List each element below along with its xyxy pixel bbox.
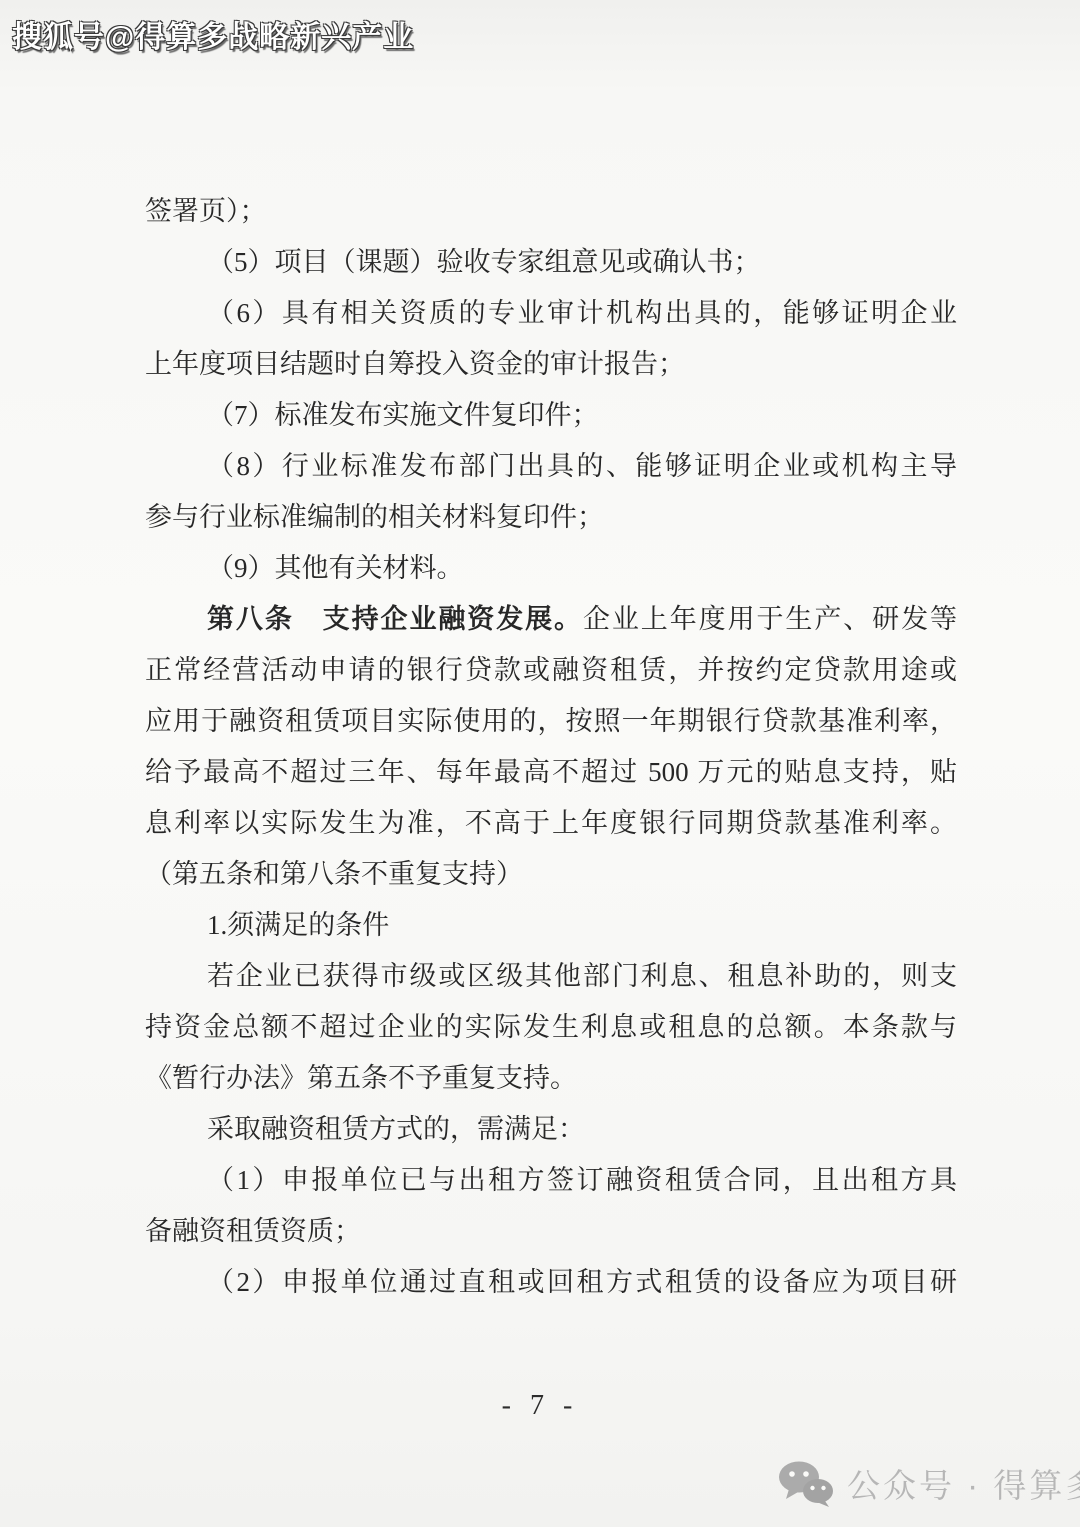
doc-line: （5）项目（课题）验收专家组意见或确认书；	[145, 237, 957, 288]
document-body: 签署页）； （5）项目（课题）验收专家组意见或确认书； （6）具有相关资质的专业…	[145, 186, 957, 1308]
doc-line: （7）标准发布实施文件复印件；	[145, 390, 957, 441]
doc-line: （6）具有相关资质的专业审计机构出具的，能够证明企业	[145, 288, 957, 339]
wechat-watermark: 公众号 · 得算多	[778, 1460, 1080, 1507]
document-page: { "page": { "number_label": "- 7 -" }, "…	[0, 0, 1080, 1527]
doc-line: 1.须满足的条件	[145, 900, 957, 951]
doc-line: 上年度项目结题时自筹投入资金的审计报告；	[145, 339, 957, 390]
doc-line: （8）行业标准发布部门出具的、能够证明企业或机构主导	[145, 441, 957, 492]
doc-line: 若企业已获得市级或区级其他部门利息、租息补助的，则支	[145, 951, 957, 1002]
doc-line: （第五条和第八条不重复支持）	[145, 849, 957, 900]
doc-line: 正常经营活动申请的银行贷款或融资租赁，并按约定贷款用途或	[145, 645, 957, 696]
doc-line: 应用于融资租赁项目实际使用的，按照一年期银行贷款基准利率，	[145, 696, 957, 747]
article-8-title: 第八条 支持企业融资发展。	[207, 604, 583, 634]
wechat-watermark-text: 公众号 · 得算多	[847, 1460, 1080, 1507]
doc-line: （2）申报单位通过直租或回租方式租赁的设备应为项目研	[145, 1257, 957, 1308]
doc-line: （9）其他有关材料。	[145, 543, 957, 594]
doc-line: 《暂行办法》第五条不予重复支持。	[145, 1053, 957, 1104]
doc-line: 备融资租赁资质；	[145, 1206, 957, 1257]
doc-line: 参与行业标准编制的相关材料复印件；	[145, 492, 957, 543]
page-number: - 7 -	[0, 1390, 1080, 1422]
doc-line: 息利率以实际发生为准，不高于上年度银行同期贷款基准利率。	[145, 798, 957, 849]
sohu-watermark: 搜狐号@得算多战略新兴产业	[12, 12, 414, 56]
doc-line: 采取融资租赁方式的，需满足：	[145, 1104, 957, 1155]
doc-line-article-heading: 第八条 支持企业融资发展。企业上年度用于生产、研发等	[145, 594, 957, 645]
doc-line: 签署页）；	[145, 186, 957, 237]
wechat-logo-icon	[778, 1461, 834, 1507]
doc-line: 给予最高不超过三年、每年最高不超过 500 万元的贴息支持，贴	[145, 747, 957, 798]
doc-line: 持资金总额不超过企业的实际发生利息或租息的总额。本条款与	[145, 1002, 957, 1053]
doc-line: （1）申报单位已与出租方签订融资租赁合同，且出租方具	[145, 1155, 957, 1206]
article-8-body-start: 企业上年度用于生产、研发等	[583, 604, 957, 634]
